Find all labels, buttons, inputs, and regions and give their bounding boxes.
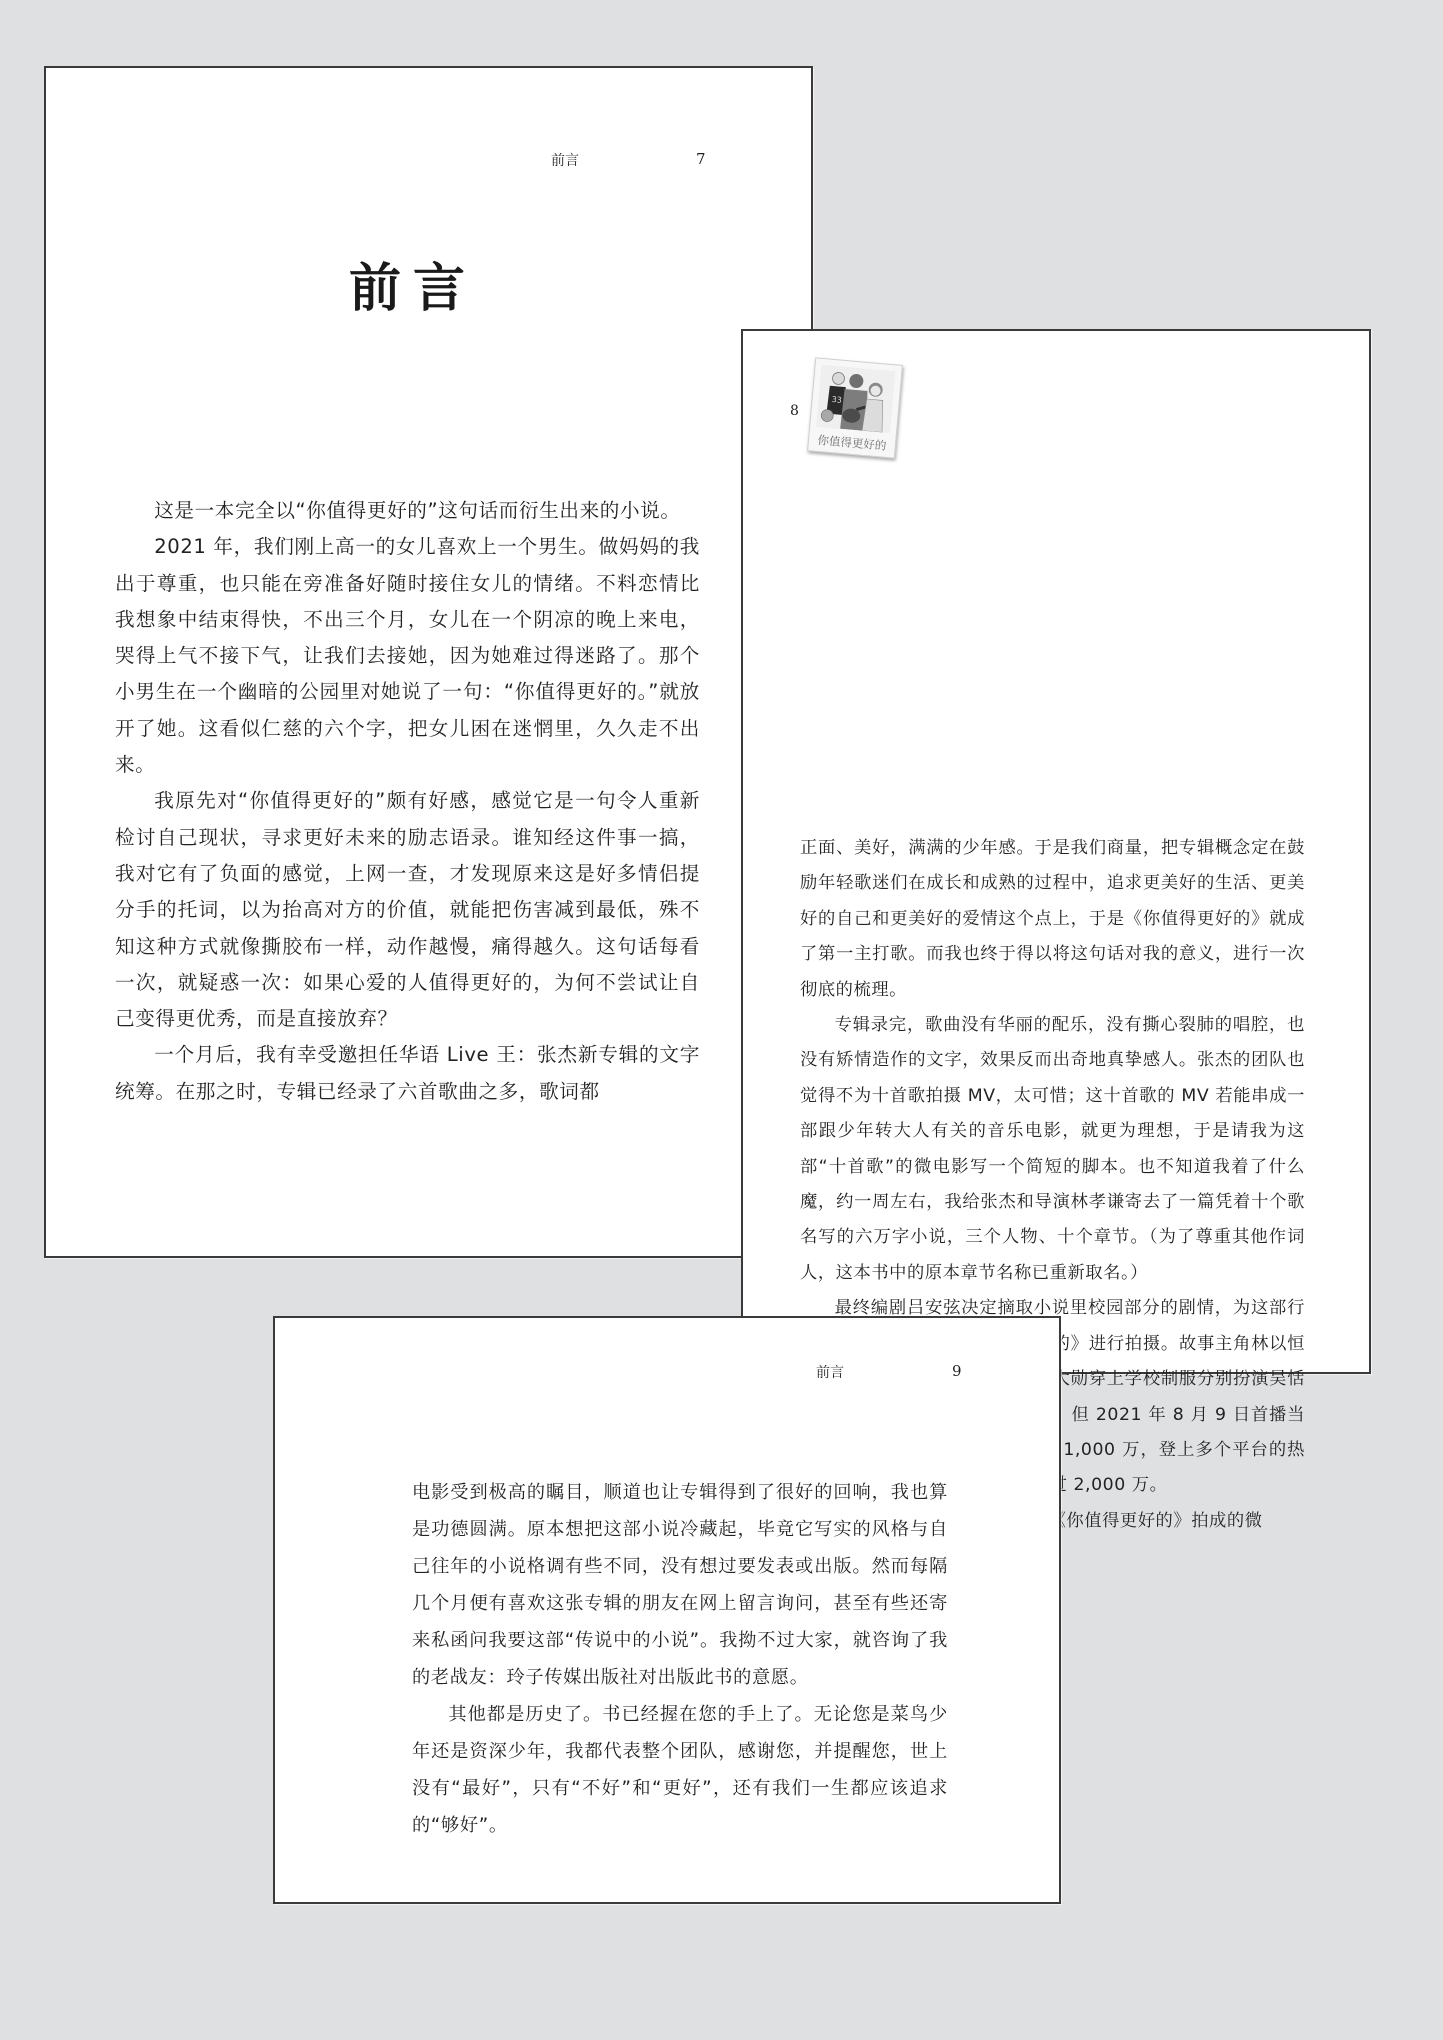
running-head-title: 前言: [551, 150, 579, 170]
paragraph: 其他都是历史了。书已经握在您的手上了。无论您是菜鸟少年还是资深少年，我都代表整个…: [412, 1696, 948, 1844]
paragraph: 电影受到极高的瞩目，顺道也让专辑得到了很好的回响，我也算是功德圆满。原本想把这部…: [412, 1474, 948, 1696]
page-number: 9: [952, 1362, 962, 1380]
paragraph: 专辑录完，歌曲没有华丽的配乐，没有撕心裂肺的唱腔，也没有矫情造作的文字，效果反而…: [800, 1008, 1305, 1291]
svg-text:33: 33: [831, 395, 842, 405]
book-cover-illustration-icon: 33: [816, 365, 895, 433]
page-number: 8: [790, 403, 799, 419]
paragraph: 这是一本完全以“你值得更好的”这句话而衍生出来的小说。: [115, 493, 700, 529]
body-text: 这是一本完全以“你值得更好的”这句话而衍生出来的小说。 2021 年，我们刚上高…: [115, 493, 700, 1110]
chapter-title: 前言: [46, 246, 811, 321]
book-page-8: 8 33 你值得更好的 正面、美好，满满的少年感。: [741, 329, 1371, 1374]
paragraph: 正面、美好，满满的少年感。于是我们商量，把专辑概念定在鼓励年轻歌迷们在成长和成熟…: [800, 831, 1305, 1008]
paragraph: 一个月后，我有幸受邀担任华语 Live 王：张杰新专辑的文字统筹。在那之时，专辑…: [115, 1037, 700, 1110]
paragraph: 我原先对“你值得更好的”颇有好感，感觉它是一句令人重新检讨自己现状，寻求更好未来…: [115, 783, 700, 1037]
book-page-9: 前言 9 电影受到极高的瞩目，顺道也让专辑得到了很好的回响，我也算是功德圆满。原…: [273, 1316, 1061, 1904]
book-page-7: 前言 7 前言 这是一本完全以“你值得更好的”这句话而衍生出来的小说。 2021…: [44, 66, 813, 1258]
body-text: 电影受到极高的瞩目，顺道也让专辑得到了很好的回响，我也算是功德圆满。原本想把这部…: [412, 1474, 948, 1844]
paragraph: 2021 年，我们刚上高一的女儿喜欢上一个男生。做妈妈的我出于尊重，也只能在旁准…: [115, 529, 700, 783]
running-head-title: 前言: [816, 1362, 844, 1382]
page-number: 7: [696, 150, 706, 168]
badge-caption: 你值得更好的: [808, 431, 895, 454]
book-cover-badge: 33 你值得更好的: [807, 357, 903, 458]
